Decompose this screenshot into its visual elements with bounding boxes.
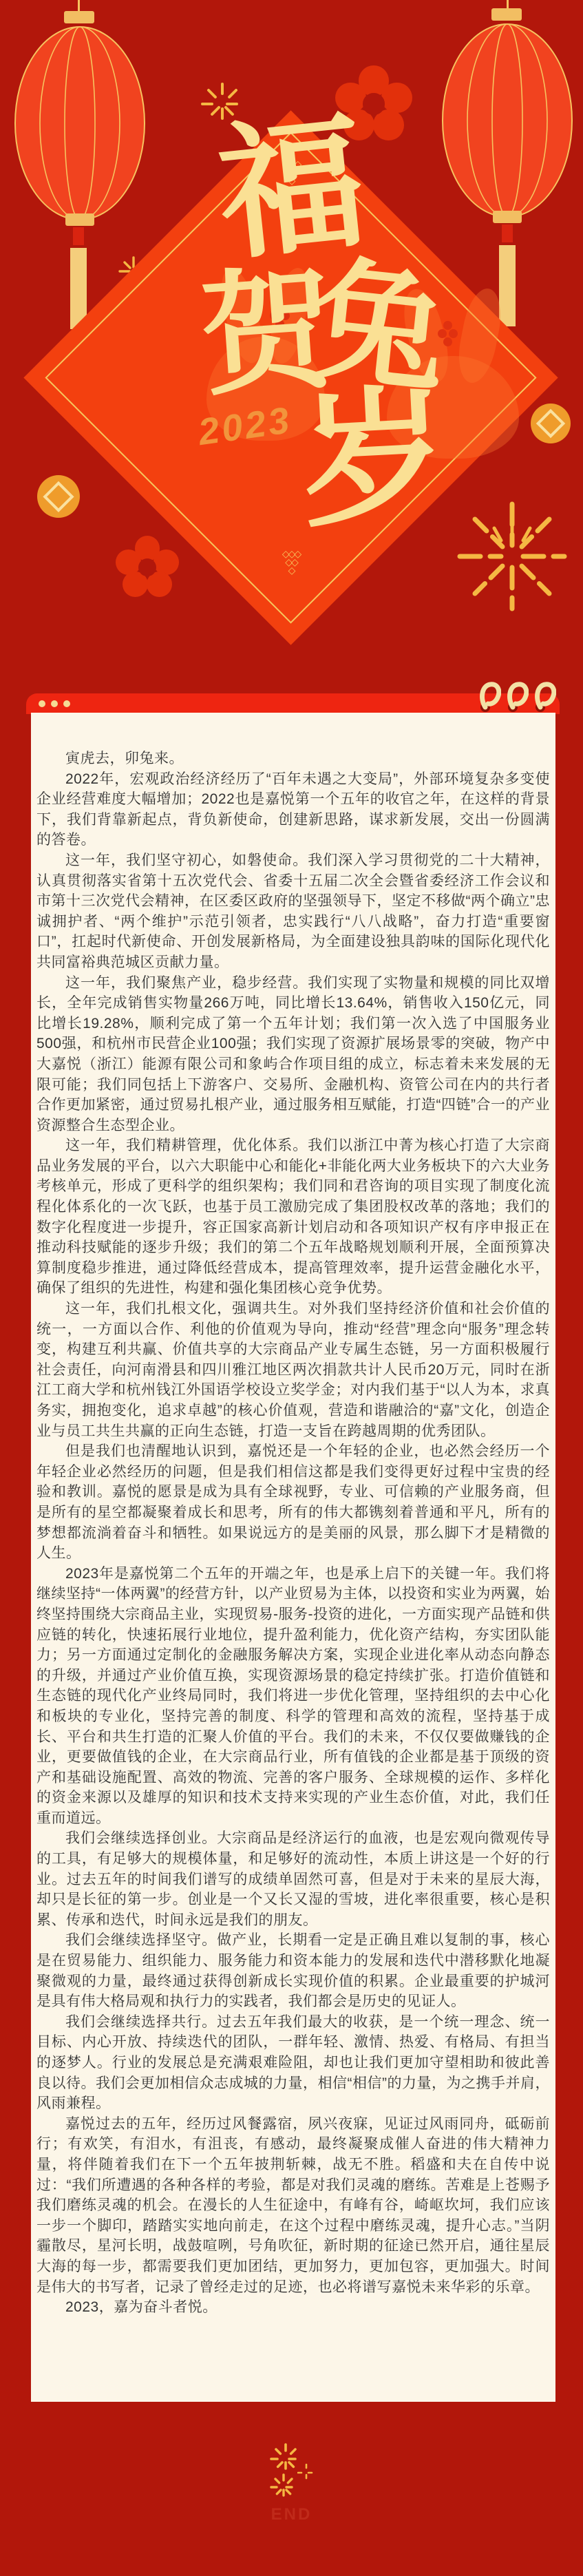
letter-paragraph: 这一年，我们聚焦产业，稳步经营。我们实现了实物量和规模的同比双增长，全年完成销售… <box>36 973 550 1136</box>
end-label: END <box>0 2505 583 2524</box>
footer-sparkle-icon <box>270 2473 297 2504</box>
letter-paragraph: 2023，嘉为奋斗者悦。 <box>36 2297 550 2318</box>
binder-rings <box>478 680 556 713</box>
letter-paragraph: 2022年，宏观政治经济经历了“百年未遇之大变局”，外部环境复杂多变使企业经营难… <box>36 769 550 850</box>
binder-ring-icon <box>478 680 501 713</box>
lantern-body-icon <box>12 11 148 226</box>
coin-icon <box>37 475 80 518</box>
letter-paragraph: 我们会继续选择坚守。做产业，长期看一定是正确且难以复制的事，核心是在贸易能力、组… <box>36 1930 550 2011</box>
letter-paragraph: 嘉悦过去的五年，经历过风餐露宿，夙兴夜寐，见证过风雨同舟，砥砺前行；有欢笑，有泪… <box>36 2114 550 2297</box>
letter-paragraph: 我们会继续选择创业。大宗商品是经济运行的血液，也是宏观向微观传导的工具，有足够大… <box>36 1828 550 1930</box>
binder-ring-icon <box>505 680 529 713</box>
lantern-body-icon <box>439 8 575 223</box>
lantern-icon <box>12 11 148 229</box>
window-dot-icon <box>63 700 70 707</box>
lantern-icon <box>439 8 575 227</box>
coin-icon <box>531 404 571 443</box>
letter-paragraph: 这一年，我们扎根文化，强调共生。对外我们坚持经济价值和社会价值的统一，一方面以合… <box>36 1299 550 1441</box>
window-dots <box>39 700 70 707</box>
title-char-fu: 福 <box>212 109 372 269</box>
letter-paragraph: 寅虎去，卯兔来。 <box>36 748 550 769</box>
flower-icon <box>116 536 179 599</box>
footer-sparkle-icon <box>297 2464 315 2485</box>
letter-panel: 寅虎去，卯兔来。2022年，宏观政治经济经历了“百年未遇之大变局”，外部环境复杂… <box>31 713 555 2402</box>
new-year-letter-poster: ◇◇◇◇◇◇ ◇◇◇◇◇◇ 福 贺 兔 岁 2023 寅虎去，卯兔来。2022年… <box>0 0 583 2576</box>
letter-paragraph: 这一年，我们坚守初心，如磐使命。我们深入学习贯彻党的二十大精神，认真贯彻落实省第… <box>36 850 550 973</box>
diamond-lattice-icon: ◇◇◇◇◇◇ <box>250 549 332 574</box>
letter-paragraph: 这一年，我们精耕管理，优化体系。我们以浙江中菁为核心打造了大宗商品业务发展的平台… <box>36 1135 550 1299</box>
window-dot-icon <box>51 700 58 707</box>
binder-ring-icon <box>533 680 556 713</box>
firework-icon <box>453 497 571 619</box>
window-dot-icon <box>39 700 45 707</box>
letter-paragraph: 2023年是嘉悦第二个五年的开端之年，也是承上启下的关键一年。我们将继续坚持“一… <box>36 1564 550 1829</box>
title-char-sui: 岁 <box>298 382 452 536</box>
letter-body: 寅虎去，卯兔来。2022年，宏观政治经济经历了“百年未遇之大变局”，外部环境复杂… <box>31 713 555 2318</box>
letter-paragraph: 但是我们也清醒地认识到，嘉悦还是一个年轻的企业，也必然会经历一个年轻企业必然经历… <box>36 1441 550 1564</box>
letter-paragraph: 我们会继续选择共行。过去五年我们最大的收获，是一个统一理念、统一目标、内心开放、… <box>36 2012 550 2114</box>
